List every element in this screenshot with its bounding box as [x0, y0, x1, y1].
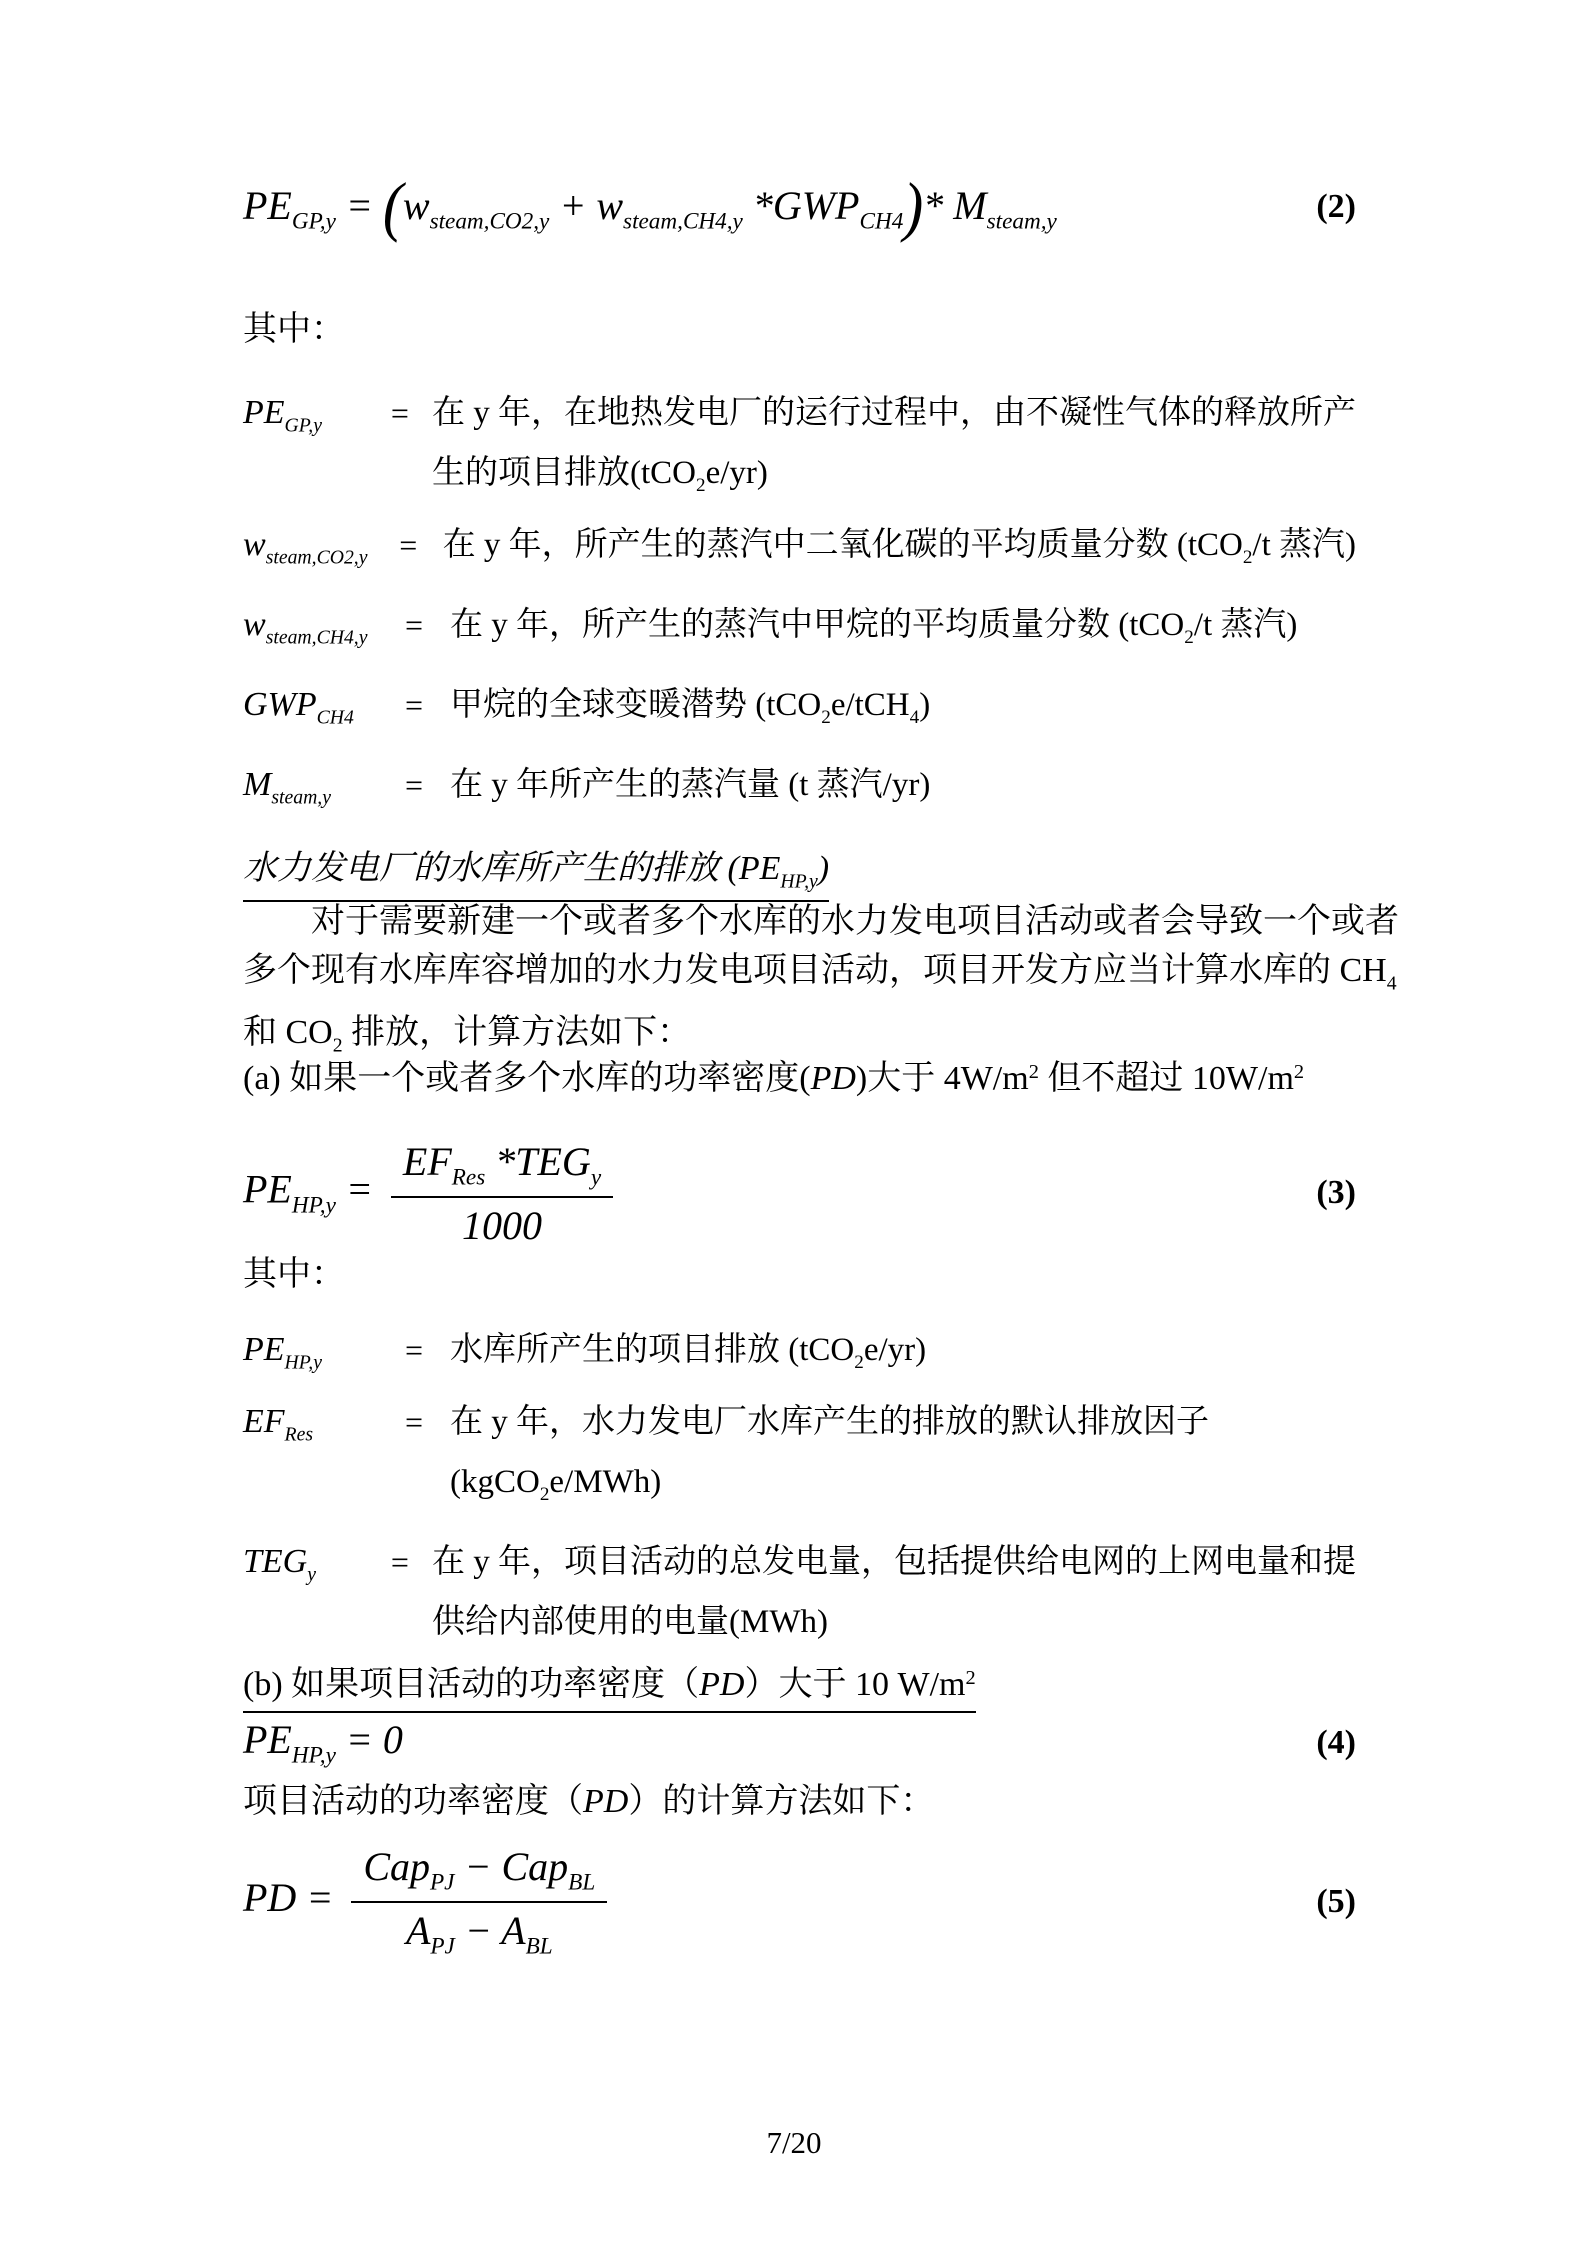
equation-2-label: (2) — [1316, 188, 1356, 226]
definition-row-pe-gp: PEGP,y = 在 y 年，在地热发电厂的运行过程中，由不凝性气体的释放所产生… — [243, 383, 1356, 516]
variable-symbol: PEHP,y — [243, 1320, 405, 1392]
variable-symbol: wsteam,CO2,y — [243, 515, 399, 587]
equals-sign: = — [405, 755, 450, 815]
equation-2-formula: PEGP,y = (wsteam,CO2,y + wsteam,CH4,y *G… — [243, 172, 1057, 241]
variable-definition: 在 y 年，所产生的蒸汽中甲烷的平均质量分数 (tCO2/t 蒸汽) — [450, 595, 1356, 668]
variable-symbol: PEGP,y — [243, 383, 391, 455]
definition-row-pe-hp: PEHP,y = 水库所产生的项目排放 (tCO2e/yr) — [243, 1320, 1356, 1393]
variable-definition: 在 y 年，项目活动的总发电量，包括提供给电网的上网电量和提供给内部使用的电量(… — [432, 1532, 1356, 1652]
condition-item-b: (b) 如果项目活动的功率密度（PD）大于 10 W/m2 — [243, 1656, 1356, 1713]
pd-calculation-intro: 项目活动的功率密度（PD）的计算方法如下： — [243, 1778, 1356, 1826]
variable-symbol: wsteam,CH4,y — [243, 595, 405, 667]
variable-symbol: TEGy — [243, 1532, 391, 1604]
definition-row-w-co2: wsteam,CO2,y = 在 y 年，所产生的蒸汽中二氧化碳的平均质量分数 … — [243, 515, 1356, 588]
equation-3: PEHP,y = EFRes *TEGy1000 (3) — [243, 1138, 1356, 1249]
equation-3-formula: PEHP,y = EFRes *TEGy1000 — [243, 1138, 621, 1249]
definition-row-m-steam: Msteam,y = 在 y 年所产生的蒸汽量 (t 蒸汽/yr) — [243, 755, 1356, 827]
equation-4: PEHP,y = 0 (4) — [243, 1716, 1356, 1770]
definition-row-gwp: GWPCH4 = 甲烷的全球变暖潜势 (tCO2e/tCH4) — [243, 675, 1356, 748]
equals-sign: = — [405, 1320, 450, 1380]
variable-definition: 水库所产生的项目排放 (tCO2e/yr) — [450, 1320, 1356, 1393]
variable-definition: 在 y 年，水力发电厂水库产生的排放的默认排放因子(kgCO2e/MWh) — [450, 1392, 1356, 1525]
equals-sign: = — [391, 383, 432, 443]
definition-row-teg: TEGy = 在 y 年，项目活动的总发电量，包括提供给电网的上网电量和提供给内… — [243, 1532, 1356, 1652]
variable-definition: 在 y 年，在地热发电厂的运行过程中，由不凝性气体的释放所产生的项目排放(tCO… — [432, 383, 1356, 516]
section-heading-hydro-reservoir: 水力发电厂的水库所产生的排放 (PEHP,y) — [243, 840, 1356, 902]
variable-symbol: GWPCH4 — [243, 675, 405, 747]
equals-sign: = — [405, 1392, 450, 1452]
where-label-1: 其中： — [243, 301, 1356, 350]
equation-5-label: (5) — [1316, 1883, 1356, 1921]
page-number: 7/20 — [0, 2125, 1588, 2161]
definition-row-ef-res: EFRes = 在 y 年，水力发电厂水库产生的排放的默认排放因子(kgCO2e… — [243, 1392, 1356, 1525]
equation-4-formula: PEHP,y = 0 — [243, 1716, 403, 1770]
variable-definition: 甲烷的全球变暖潜势 (tCO2e/tCH4) — [450, 675, 1356, 748]
equation-3-label: (3) — [1316, 1174, 1356, 1212]
condition-item-a: (a) 如果一个或者多个水库的功率密度(PD)大于 4W/m2 但不超过 10W… — [243, 1048, 1356, 1103]
equals-sign: = — [399, 515, 442, 575]
variable-symbol: Msteam,y — [243, 755, 405, 827]
equation-2: PEGP,y = (wsteam,CO2,y + wsteam,CH4,y *G… — [243, 172, 1356, 241]
equation-5: PD = CapPJ − CapBLAPJ − ABL (5) — [243, 1843, 1356, 1960]
equals-sign: = — [405, 675, 450, 735]
where-label-2: 其中： — [243, 1246, 1356, 1295]
equals-sign: = — [405, 595, 450, 655]
variable-symbol: EFRes — [243, 1392, 405, 1464]
equation-5-formula: PD = CapPJ − CapBLAPJ − ABL — [243, 1843, 615, 1960]
document-page: PEGP,y = (wsteam,CO2,y + wsteam,CH4,y *G… — [0, 0, 1588, 2245]
variable-definition: 在 y 年，所产生的蒸汽中二氧化碳的平均质量分数 (tCO2/t 蒸汽) — [443, 515, 1356, 588]
equals-sign: = — [391, 1532, 432, 1592]
equation-4-label: (4) — [1316, 1724, 1356, 1762]
definition-row-w-ch4: wsteam,CH4,y = 在 y 年，所产生的蒸汽中甲烷的平均质量分数 (t… — [243, 595, 1356, 668]
variable-definition: 在 y 年所产生的蒸汽量 (t 蒸汽/yr) — [450, 755, 1356, 815]
paragraph-hydro-reservoir: 对于需要新建一个或者多个水库的水力发电项目活动或者会导致一个或者多个现有水库库容… — [243, 897, 1356, 1071]
